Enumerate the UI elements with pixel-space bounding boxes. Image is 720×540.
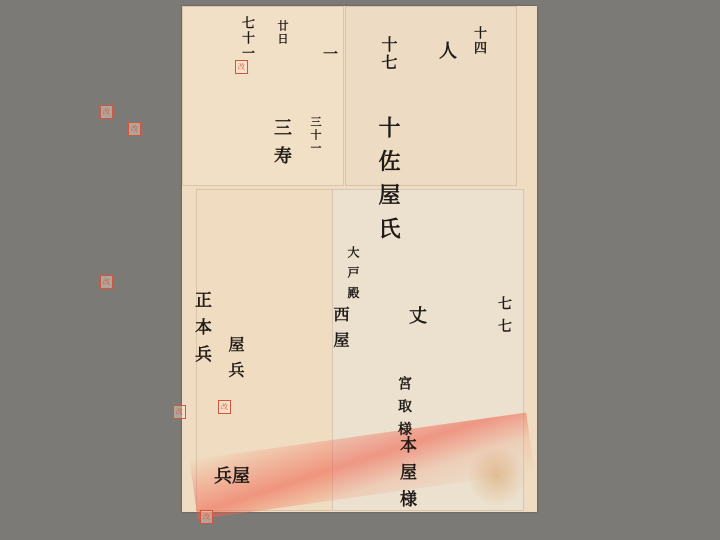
calligraphy-column: 七十一 — [240, 16, 253, 61]
paper-panel-top-left — [182, 6, 344, 186]
calligraphy-column: 十 佐 屋 氏 — [377, 116, 399, 241]
seal-stamp: 改 — [235, 60, 248, 74]
calligraphy-column: 人 — [437, 41, 455, 61]
seal-stamp: 改 — [200, 510, 213, 524]
calligraphy-column: 正 本 兵 — [192, 291, 209, 364]
calligraphy-column: 大 戸 殿 — [347, 246, 359, 300]
calligraphy-column: 屋 兵 — [227, 336, 243, 380]
calligraphy-column: 十七 — [380, 36, 396, 72]
calligraphy-column: 丈 — [407, 306, 425, 326]
seal-stamp: 改 — [173, 405, 186, 419]
seal-stamp: 改 — [128, 122, 141, 136]
calligraphy-column: 一 — [322, 46, 337, 63]
calligraphy-column: 十四 — [472, 26, 485, 56]
calligraphy-column: 宮 取 様 — [397, 376, 411, 438]
document-paper: 七十一廿日三十一一十七人十四十 佐 屋 氏三 寿正 本 兵屋 兵大 戸 殿西 屋… — [182, 6, 537, 512]
seal-stamp: 改 — [218, 400, 231, 414]
calligraphy-column: 本 屋 様 — [397, 436, 414, 509]
seal-stamp: 改 — [100, 275, 113, 289]
paper-panel-top-right — [345, 6, 517, 186]
calligraphy-column: 廿日 — [277, 20, 288, 46]
calligraphy-column: 三十一 — [310, 116, 321, 155]
calligraphy-column: 七 七 — [497, 296, 511, 335]
foxing-stain — [467, 446, 527, 506]
calligraphy-column: 三 寿 — [272, 118, 290, 166]
calligraphy-column: 西 屋 — [332, 306, 348, 350]
calligraphy-column: 屋 兵 — [212, 466, 248, 512]
seal-stamp: 改 — [100, 105, 113, 119]
